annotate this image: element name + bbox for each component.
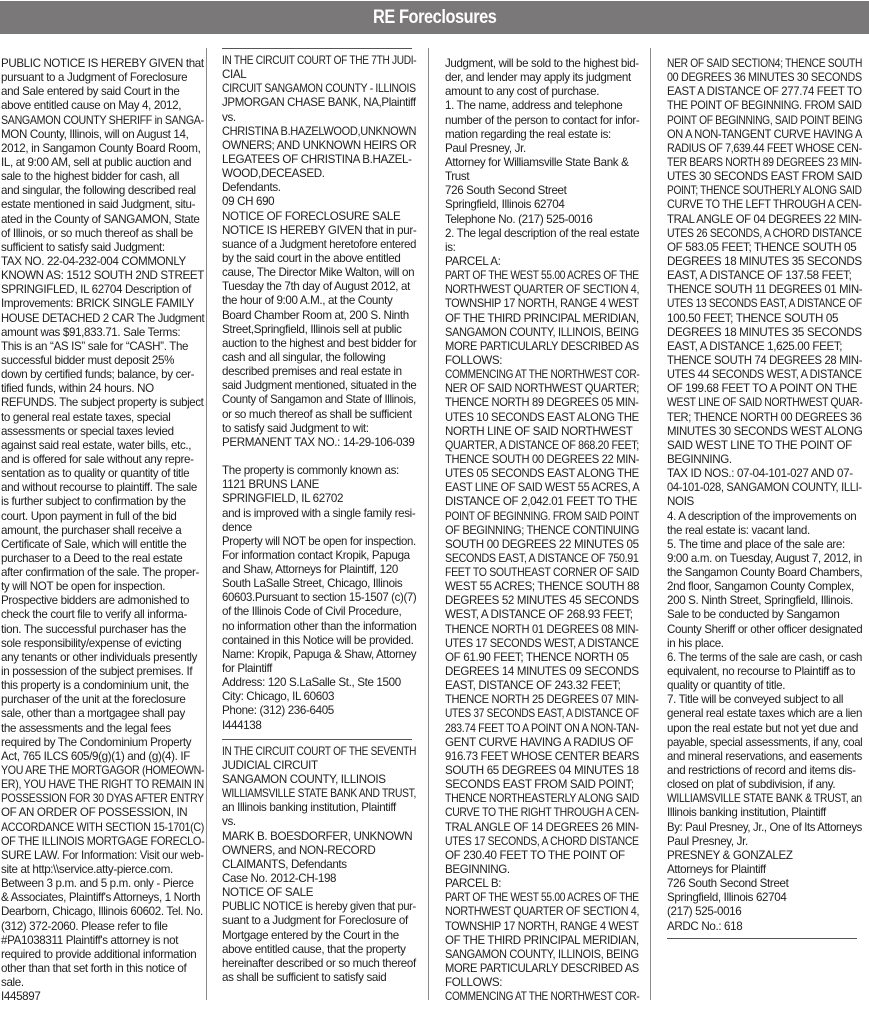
notice-text-line: 2. The legal description of the real est… [445, 227, 639, 241]
notice-text-line: WOOD,DECEASED. [222, 167, 416, 181]
notice-text-line: 2012, in Sangamon County Board Room, [1, 142, 204, 156]
notice-text-line: QUARTER, A DISTANCE OF 868.20 FEET; [445, 439, 623, 453]
notice-williamsville-boesdorfer: IN THE CIRCUIT COURT OF THE SEVENTHJUDIC… [222, 745, 416, 985]
notice-text-line: THENCE NORTH 25 DEGREES 07 MIN- [445, 693, 631, 707]
notice-text-line: MORE PARTICULARLY DESCRIBED AS [445, 340, 631, 354]
notice-text-line: 200 S. Ninth Street, Springfield, Illino… [667, 594, 862, 608]
notice-text-line: general real estate taxes which are a li… [667, 707, 861, 721]
notice-text-line: Property will NOT be open for inspection… [222, 535, 413, 549]
notice-text-line: 00 DEGREES 36 MINUTES 30 SECONDS [667, 71, 848, 85]
notice-text-line: UTES 17 SECONDS WEST, A DISTANCE [445, 637, 628, 651]
notice-text-line: WEST 55 ACRES; THENCE SOUTH 88 [445, 580, 638, 594]
notice-text-line: the Sangamon County Board Chambers, [667, 566, 860, 580]
notice-text-line: Case No. 2012-CH-198 [222, 872, 416, 886]
notice-text-line: mation regarding the real estate is: [445, 128, 639, 142]
notice-text-line: THENCE NORTH 89 DEGREES 05 MIN- [445, 396, 631, 410]
notice-text-line: sole responsibility/expense of evicting [1, 637, 204, 651]
notice-text-line: Street,Springfield, Illinois sell at pub… [222, 323, 416, 337]
notice-text-line: required to provide additional informati… [1, 948, 204, 962]
notice-text-line: I445897 [1, 990, 204, 1004]
notice-text-line: court. Upon payment in full of the bid [1, 510, 204, 524]
notice-text-line: ACCORDANCE WITH SECTION 15-1701(C) [1, 821, 188, 835]
notice-text-line: SURE LAW. For Information: Visit our web… [1, 849, 200, 863]
notice-text-line [222, 450, 416, 464]
notice-text-line: UTES 30 SECONDS EAST FROM SAID [667, 170, 859, 184]
notice-text-line: OF 583.05 FEET; THENCE SOUTH 05 [667, 241, 862, 255]
column-divider [206, 48, 207, 1000]
notice-text-line: GENT CURVE HAVING A RADIUS OF [445, 736, 639, 750]
notice-text-line: 6. The terms of the sale are cash, or ca… [667, 651, 858, 665]
notice-text-line: PART OF THE WEST 55.00 ACRES OF THE [445, 269, 616, 283]
notice-text-line: ON A NON-TANGENT CURVE HAVING A [667, 128, 853, 142]
notice-text-line: CLAIMANTS, Defendants [222, 858, 416, 872]
notice-text-line: cash and all singular, the following [222, 351, 416, 365]
notice-text-line: The property is commonly known as: [222, 464, 416, 478]
notice-text-line: sale, other than a mortgagee shall pay [1, 707, 204, 721]
notice-text-line: COMMENCING AT THE NORTHWEST COR- [445, 990, 614, 1004]
notice-text-line: and is offered for sale without any repr… [1, 453, 204, 467]
notice-text-line: County of Sangamon and State of Illinois… [222, 393, 411, 407]
notice-text-line: (217) 525-0016 [667, 905, 862, 919]
column-divider [428, 48, 429, 1000]
notice-text-line: 726 South Second Street [667, 877, 862, 891]
notice-text-line: to satisfy said Judgment to wit: [222, 422, 416, 436]
notice-text-line: Judgment, will be sold to the highest bi… [445, 57, 638, 71]
notice-text-line: PRESNEY & GONZALEZ [667, 849, 862, 863]
notice-text-line: UTES 26 SECONDS, A CHORD DISTANCE [667, 227, 843, 241]
notice-text-line: CURVE TO THE RIGHT THROUGH A CEN- [445, 806, 619, 820]
notice-text-line: to general real estate taxes, special [1, 411, 204, 425]
notice-text-line: SECONDS EAST FROM SAID POINT; [445, 778, 639, 792]
notice-text-line: NORTHWEST QUARTER OF SECTION 4, [445, 283, 624, 297]
notice-text-line: UTES 10 SECONDS EAST ALONG THE [445, 411, 633, 425]
notice-text-line: 09 CH 690 [222, 195, 416, 209]
notice-text-line: is: [445, 241, 639, 255]
notice-text-line: SAID WEST LINE TO THE POINT OF [667, 439, 862, 453]
notice-williamsville-continued: Judgment, will be sold to the highest bi… [445, 57, 639, 1004]
notice-text-line: DEGREES 18 MINUTES 35 SECONDS [667, 255, 862, 269]
notice-text-line: quality or quantity of title. [667, 679, 862, 693]
notice-text-line: after confirmation of the sale. The prop… [1, 566, 204, 580]
notice-text-line: PARCEL B: [445, 877, 639, 891]
notice-text-line: the assessments and the legal fees [1, 722, 204, 736]
notice-text-line: tion. The successful purchaser has the [1, 623, 204, 637]
notice-text-line: 9:00 a.m. on Tuesday, August 7, 2012, in [667, 552, 861, 566]
notice-text-line: DEGREES 14 MINUTES 09 SECONDS [445, 665, 638, 679]
notice-text-line: FOLLOWS: [445, 354, 639, 368]
notice-text-line: PART OF THE WEST 55.00 ACRES OF THE [445, 891, 616, 905]
notice-text-line: purchaser of the unit at the foreclosure [1, 693, 204, 707]
notice-text-line: OF 61.90 FEET; THENCE NORTH 05 [445, 651, 639, 665]
notice-text-line: EAST, A DISTANCE OF 137.58 FEET; [667, 269, 862, 283]
notice-text-line: PUBLIC NOTICE IS HEREBY GIVEN that [1, 57, 203, 71]
notice-text-line: UTES 44 SECONDS WEST, A DISTANCE [667, 368, 852, 382]
notice-text-line: SANGAMON COUNTY, ILLINOIS, BEING [445, 326, 629, 340]
notice-text-line: THENCE SOUTH 11 DEGREES 01 MIN- [667, 283, 857, 297]
notice-text-line: REFUNDS. The subject property is subject [1, 396, 201, 410]
notice-text-line: UTES 37 SECONDS EAST, A DISTANCE OF [445, 707, 615, 721]
notice-text-line: Springfield, Illinois 62704 [445, 198, 639, 212]
notice-text-line: 2nd floor, Sangamon County Complex, [667, 580, 862, 594]
notice-text-line: Trust [445, 170, 639, 184]
notice-text-line: sale to the highest bidder for cash, all [1, 170, 204, 184]
notice-text-line: Attorney for Williamsville State Bank & [445, 156, 639, 170]
notice-text-line: and Shaw, Attorneys for Plaintiff, 120 [222, 563, 416, 577]
notice-text-line: vs. [222, 815, 416, 829]
notice-text-line: NORTHWEST QUARTER OF SECTION 4, [445, 905, 624, 919]
notice-text-line: NER OF SAID SECTION4; THENCE SOUTH [667, 57, 839, 71]
notice-text-line: Illinois banking institution, Plaintiff [667, 806, 862, 820]
notice-text-line: NOTICE OF FORECLOSURE SALE [222, 210, 416, 224]
notice-text-line: OF 230.40 FEET TO THE POINT OF [445, 849, 639, 863]
notice-text-line: NOTICE OF SALE [222, 886, 416, 900]
notice-text-line: IN THE CIRCUIT COURT OF THE 7TH JUDI- [222, 54, 392, 68]
notice-text-line: equivalent, no recourse to Plaintiff as … [667, 665, 862, 679]
notice-text-line: purchaser to a Deed to the real estate [1, 552, 204, 566]
notice-text-line: 04-101-028, SANGAMON COUNTY, ILLI- [667, 481, 855, 495]
notice-end-rule [667, 938, 857, 939]
notice-text-line: is further subject to confirmation by th… [1, 495, 204, 509]
column-3: Judgment, will be sold to the highest bi… [445, 57, 639, 1004]
notice-text-line: described premises and real estate in [222, 365, 416, 379]
notice-text-line: site at http:\\service.atty-pierce.com. [1, 863, 204, 877]
notice-text-line: down by certified funds; balance, by cer… [1, 368, 204, 382]
notice-text-line: other than that set forth in this notice… [1, 962, 204, 976]
notice-text-line: and Sale entered by said Court in the [1, 85, 204, 99]
column-divider [650, 48, 651, 1000]
notice-text-line: and singular, the following described re… [1, 184, 204, 198]
notice-text-line: JPMORGAN CHASE BANK, NA,Plaintiff [222, 96, 414, 110]
notice-text-line: SECONDS EAST, A DISTANCE OF 750.91 [445, 552, 624, 566]
notice-text-line: amount to any cost of purchase. [445, 85, 639, 99]
notice-text-line: UTES 05 SECONDS EAST ALONG THE [445, 467, 633, 481]
notice-text-line: EAST A DISTANCE OF 277.74 FEET TO [667, 85, 858, 99]
notice-text-line: OF THE THIRD PRINCIPAL MERIDIAN, [445, 312, 637, 326]
notice-text-line: POSSESSION FOR 30 DYAS AFTER ENTRY [1, 792, 184, 806]
notice-text-line: EAST, DISTANCE OF 243.32 FEET; [445, 679, 639, 693]
notice-text-line: 100.50 FEET; THENCE SOUTH 05 [667, 312, 862, 326]
notice-text-line: 4. A description of the improvements on [667, 510, 862, 524]
notice-text-line: SOUTH 00 DEGREES 22 MINUTES 05 [445, 538, 639, 552]
notice-text-line: above entitled cause, that the property [222, 943, 416, 957]
notice-text-line: POINT OF BEGINNING, SAID POINT BEING [667, 114, 839, 128]
notice-text-line: MINUTES 30 SECONDS WEST ALONG [667, 425, 859, 439]
notice-text-line: Mortgage entered by the Court in the [222, 929, 416, 943]
notice-text-line: SANGAMON COUNTY, ILLINOIS, BEING [445, 948, 629, 962]
notice-text-line: POINT; THENCE SOUTHERLY ALONG SAID [667, 184, 838, 198]
notice-text-line: For information contact Kropik, Papuga [222, 549, 416, 563]
notice-text-line: By: Paul Presney, Jr., One of Its Attorn… [667, 821, 857, 835]
notice-text-line: suance of a Judgment heretofore entered [222, 238, 411, 252]
notice-text-line: 1121 BRUNS LANE [222, 478, 416, 492]
notice-text-line: vs. [222, 111, 416, 125]
notice-text-line: of Illinois, or so much thereof as shall… [1, 227, 204, 241]
notice-text-line: PUBLIC NOTICE is hereby given that pur- [222, 900, 407, 914]
notice-text-line: 726 South Second Street [445, 184, 639, 198]
notice-text-line: OF THE THIRD PRINCIPAL MERIDIAN, [445, 934, 637, 948]
notice-text-line: dence [222, 521, 416, 535]
notice-text-line: IN THE CIRCUIT COURT OF THE SEVENTH [222, 745, 391, 759]
notice-text-line: payable, special assessments, if any, co… [667, 736, 857, 750]
notice-text-line: 916.73 FEET WHOSE CENTER BEARS [445, 750, 635, 764]
notice-text-line: IL, at 9:00 AM, sell at public auction a… [1, 156, 204, 170]
notice-text-line: #PA1038311 Plaintiff's attorney is not [1, 934, 204, 948]
notice-text-line: CURVE TO THE LEFT THROUGH A CEN- [667, 198, 849, 212]
notice-text-line: amount, the purchaser shall receive a [1, 524, 204, 538]
notice-text-line: RADIUS OF 7,639.44 FEET WHOSE CEN- [667, 142, 847, 156]
notice-text-line: TOWNSHIP 17 NORTH, RANGE 4 WEST [445, 920, 628, 934]
column-4: NER OF SAID SECTION4; THENCE SOUTH00 DEG… [667, 57, 862, 944]
notice-text-line: 5. The time and place of the sale are: [667, 538, 862, 552]
notice-text-line: OF THE ILLINOIS MORTGAGE FORECLO- [1, 835, 193, 849]
notice-text-line: der, and lender may apply its judgment [445, 71, 639, 85]
notice-text-line: SOUTH 65 DEGREES 04 MINUTES 18 [445, 764, 639, 778]
notice-text-line: THE POINT OF BEGINNING. FROM SAID [667, 99, 849, 113]
notice-text-line: MORE PARTICULARLY DESCRIBED AS [445, 962, 631, 976]
notice-text-line: TER; THENCE NORTH 00 DEGREES 36 [667, 411, 854, 425]
notice-text-line: COMMENCING AT THE NORTHWEST COR- [445, 368, 614, 382]
notice-text-line: DEGREES 18 MINUTES 35 SECONDS [667, 326, 862, 340]
notice-text-line: 1. The name, address and telephone [445, 99, 639, 113]
notice-text-line: PARCEL A: [445, 255, 639, 269]
notice-text-line: NOTICE IS HEREBY GIVEN that in pur- [222, 224, 416, 238]
notice-text-line: SANGAMON COUNTY SHERIFF in SANGA- [1, 114, 187, 128]
notice-text-line: This is an “AS IS” sale for “CASH”. The [1, 340, 204, 354]
notice-text-line: ated in the County of SANGAMON, State [1, 213, 204, 227]
notice-text-line: contained in this Notice will be provide… [222, 634, 416, 648]
notice-text-line: Sale to be conducted by Sangamon [667, 608, 862, 622]
notice-text-line: SANGAMON COUNTY, ILLINOIS [222, 773, 416, 787]
notice-text-line: ER), YOU HAVE THE RIGHT TO REMAIN IN [1, 778, 188, 792]
notice-text-line: OWNERS, and NON-RECORD [222, 844, 416, 858]
notice-text-line: EAST LINE OF SAID WEST 55 ACRES, A [445, 481, 629, 495]
notice-text-line: LEGATEES OF CHRISTINA B.HAZEL- [222, 153, 416, 167]
notice-text-line: WILLIAMSVILLE STATE BANK AND TRUST, [222, 787, 394, 801]
notice-text-line: for Plaintiff [222, 662, 416, 676]
notice-text-line: Improvements: BRICK SINGLE FAMILY [1, 297, 204, 311]
notice-text-line: and is improved with a single family res… [222, 507, 416, 521]
notice-text-line: any tenants or other individuals present… [1, 651, 204, 665]
notice-text-line: YOU ARE THE MORTGAGOR (HOMEOWN- [1, 764, 187, 778]
notice-text-line: PERMANENT TAX NO.: 14-29-106-039 [222, 436, 416, 450]
notice-text-line: tified funds, within 24 hours. NO [1, 382, 204, 396]
notice-text-line: 283.74 FEET TO A POINT ON A NON-TAN- [445, 722, 623, 736]
notice-text-line: MON County, Illinois, will on August 14, [1, 128, 204, 142]
notice-jpmorgan-hazelwood: IN THE CIRCUIT COURT OF THE 7TH JUDI-CIA… [222, 54, 416, 733]
notice-text-line: Attorneys for Plaintiff [667, 863, 862, 877]
notice-text-line: Address: 120 S.LaSalle St., Ste 1500 [222, 676, 416, 690]
notice-text-line: sale. [1, 976, 204, 990]
notice-williamsville-continued-2: NER OF SAID SECTION4; THENCE SOUTH00 DEG… [667, 57, 862, 934]
column-2: IN THE CIRCUIT COURT OF THE 7TH JUDI-CIA… [222, 48, 416, 985]
notice-text-line: (312) 372-2060. Please refer to file [1, 920, 204, 934]
column-1: PUBLIC NOTICE IS HEREBY GIVEN thatpursua… [1, 57, 204, 1004]
notice-text-line: ty will NOT be open for inspection. [1, 580, 204, 594]
notice-text-line: FEET TO SOUTHEAST CORNER OF SAID [445, 566, 621, 580]
notice-text-line: CIRCUIT SANGAMON COUNTY - ILLINOIS [222, 82, 396, 96]
notice-text-line: by the said court in the above entitled [222, 252, 416, 266]
notice-text-line: Springfield, Illinois 62704 [667, 891, 862, 905]
notice-text-line: I444138 [222, 719, 416, 733]
notice-text-line: Telephone No. (217) 525-0016 [445, 213, 639, 227]
notice-text-line: Dearborn, Chicago, Illinois 60602. Tel. … [1, 905, 204, 919]
notice-text-line: THENCE NORTH 01 DEGREES 08 MIN- [445, 623, 631, 637]
notice-text-line: DEGREES 52 MINUTES 45 SECONDS [445, 594, 638, 608]
notice-text-line: number of the person to contact for info… [445, 114, 638, 128]
notice-text-line: UTES 13 SECONDS EAST, A DISTANCE OF [667, 297, 839, 311]
notice-text-line: the real estate is: vacant land. [667, 524, 862, 538]
notice-text-line: TRAL ANGLE OF 14 DEGREES 26 MIN- [445, 821, 633, 835]
notice-pierce-foreclosure: PUBLIC NOTICE IS HEREBY GIVEN thatpursua… [1, 57, 204, 1004]
notice-text-line: against said real estate, water bills, e… [1, 439, 204, 453]
notice-text-line: CIAL [222, 68, 416, 82]
notice-text-line: County Sheriff or other officer designat… [667, 623, 861, 637]
notice-separator [222, 739, 412, 740]
notice-text-line: EAST, A DISTANCE 1,625.00 FEET; [667, 340, 862, 354]
notice-text-line: & Associates, Plaintiff's Attorneys, 1 N… [1, 891, 204, 905]
notice-text-line: upon the real estate but not yet due and [667, 722, 862, 736]
notice-text-line: THENCE SOUTH 00 DEGREES 22 MIN- [445, 453, 632, 467]
section-title: RE Foreclosures [373, 7, 496, 29]
notice-text-line: SPRINGFIELD, IL 62702 [222, 492, 416, 506]
notice-text-line: OF AN ORDER OF POSSESSION, IN [1, 806, 204, 820]
notice-text-line: the hour of 9:00 A.M., at the County [222, 294, 416, 308]
notice-text-line: NOIS [667, 495, 862, 509]
notice-text-line: Phone: (312) 236-6405 [222, 704, 416, 718]
notice-text-line: UTES 17 SECONDS, A CHORD DISTANCE [445, 835, 619, 849]
notice-text-line: Certificate of Sale, which will entitle … [1, 538, 204, 552]
notice-text-line: 60603.Pursuant to section 15-1507 (c)(7) [222, 591, 413, 605]
notice-text-line: or so much thereof as shall be sufficien… [222, 408, 416, 422]
notice-text-line: amount was $91,833.71. Sale Terms: [1, 326, 204, 340]
notice-text-line: FOLLOWS: [445, 976, 639, 990]
notice-text-line: and mineral reservations, and easements [667, 750, 858, 764]
notice-text-line: Name: Kropik, Papuga & Shaw, Attorney [222, 648, 415, 662]
notice-text-line: SPRINGIFLED, IL 62704 Description of [1, 283, 204, 297]
notice-text-line: KNOWN AS: 1512 SOUTH 2ND STREET [1, 269, 204, 283]
notice-text-line: this property is a condominium unit, the [1, 679, 204, 693]
notice-text-line: said Judgment mentioned, situated in the [222, 379, 413, 393]
notice-text-line: hereinafter described or so much thereof [222, 957, 415, 971]
notice-text-line: WILLIAMSVILLE STATE BANK & TRUST, an [667, 792, 841, 806]
notice-text-line: TOWNSHIP 17 NORTH, RANGE 4 WEST [445, 297, 628, 311]
notice-text-line: successful bidder must deposit 25% [1, 354, 204, 368]
notice-text-line: estate mentioned in said Judgment, situ- [1, 198, 204, 212]
notice-text-line: and restrictions of record and items dis… [667, 764, 862, 778]
notice-text-line: sentation as to quality or quantity of t… [1, 467, 204, 481]
notice-text-line: Defendants. [222, 181, 416, 195]
notice-text-line: DISTANCE OF 2,042.01 FEET TO THE [445, 495, 639, 509]
notice-text-line: Between 3 p.m. and 5 p.m. only - Pierce [1, 877, 204, 891]
notice-text-line: and without recourse to plaintiff. The s… [1, 481, 204, 495]
notice-text-line: WEST, A DISTANCE OF 268.93 FEET; [445, 608, 639, 622]
notice-text-line: cause, The Director Mike Walton, will on [222, 266, 416, 280]
notice-text-line: as shall be sufficient to satisfy said [222, 971, 416, 985]
notice-text-line: in possession of the subject premises. I… [1, 665, 204, 679]
notice-text-line: an Illinois banking institution, Plainti… [222, 801, 416, 815]
notice-text-line: auction to the highest and best bidder f… [222, 337, 415, 351]
notice-text-line: TER BEARS NORTH 89 DEGREES 23 MIN- [667, 156, 841, 170]
notice-text-line: ARDC No.: 618 [667, 920, 862, 934]
notice-text-line: CHRISTINA B.HAZELWOOD,UNKNOWN [222, 125, 406, 139]
notice-separator [222, 48, 412, 49]
notice-text-line: closed on plat of subdivision, if any. [667, 778, 862, 792]
notice-text-line: TAX NO. 22-04-232-004 COMMONLY [1, 255, 204, 269]
notice-text-line: BEGINNING. [445, 863, 639, 877]
section-header: RE Foreclosures [0, 1, 869, 34]
notice-text-line: pursuant to a Judgment of Foreclosure [1, 71, 204, 85]
notice-text-line: in his place. [667, 637, 862, 651]
notice-text-line: above entitled cause on May 4, 2012, [1, 99, 204, 113]
notice-text-line: Paul Presney, Jr. [445, 142, 639, 156]
notice-text-line: MARK B. BOESDORFER, UNKNOWN [222, 830, 416, 844]
notice-text-line: Act, 765 ILCS 605/9(g)(1) and (g)(4). IF [1, 750, 204, 764]
notice-text-line: assessments or special taxes levied [1, 425, 204, 439]
notice-text-line: NORTH LINE OF SAID NORTHWEST [445, 425, 639, 439]
notice-text-line: check the court file to verify all infor… [1, 608, 204, 622]
notice-text-line: 7. Title will be conveyed subject to all [667, 693, 862, 707]
notice-text-line: OF BEGINNING; THENCE CONTINUING [445, 524, 629, 538]
notice-text-line: of the Illinois Code of Civil Procedure, [222, 605, 416, 619]
notice-text-line: Board Chamber Room at, 200 S. Ninth [222, 309, 416, 323]
notice-text-line: required by The Condominium Property [1, 736, 204, 750]
notice-text-line: suant to a Judgment for Foreclosure of [222, 914, 416, 928]
notice-text-line: TRAL ANGLE OF 04 DEGREES 22 MIN- [667, 213, 857, 227]
notice-text-line: sufficient to satisfy said Judgment: [1, 241, 204, 255]
notice-text-line: HOUSE DETACHED 2 CAR The Judgment [1, 312, 197, 326]
notice-text-line: City: Chicago, IL 60603 [222, 690, 416, 704]
notice-text-line: NER OF SAID NORTHWEST QUARTER; [445, 382, 629, 396]
notice-text-line: POINT OF BEGINNING. FROM SAID POINT [445, 510, 616, 524]
notice-text-line: Prospective bidders are admonished to [1, 594, 204, 608]
notice-text-line: South LaSalle Street, Chicago, Illinois [222, 577, 416, 591]
notice-text-line: no information other than the informatio… [222, 620, 416, 634]
notice-text-line: JUDICIAL CIRCUIT [222, 759, 416, 773]
notice-text-line: Tuesday the 7th day of August 2012, at [222, 280, 416, 294]
notice-text-line: THENCE SOUTH 74 DEGREES 28 MIN- [667, 354, 856, 368]
notice-text-line: TAX ID NOS.: 07-04-101-027 AND 07- [667, 467, 862, 481]
notice-text-line: WEST LINE OF SAID NORTHWEST QUAR- [667, 396, 841, 410]
notice-text-line: THENCE NORTHEASTERLY ALONG SAID [445, 792, 621, 806]
notice-text-line: OWNERS; AND UNKNOWN HEIRS OR [222, 139, 414, 153]
notice-text-line: Paul Presney, Jr. [667, 835, 862, 849]
notice-text-line: BEGINNING. [667, 453, 862, 467]
notice-text-line: OF 199.68 FEET TO A POINT ON THE [667, 382, 862, 396]
